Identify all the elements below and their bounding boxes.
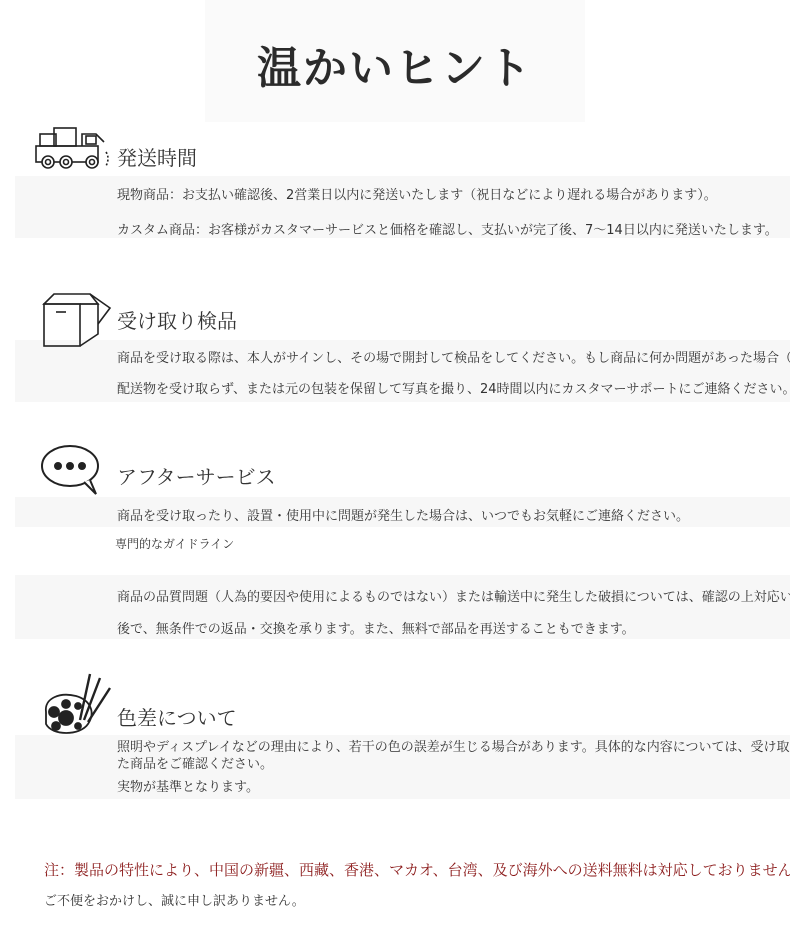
truck-icon [34, 126, 116, 172]
apology-text: ご不便をおかけし、誠に申し訳ありません。 [44, 890, 305, 909]
inspection-line-2: 配送物を受け取らず、または元の包装を保留して写真を撮り、24時間以内にカスタマー… [117, 378, 790, 397]
section-heading-inspection: 受け取り検品 [117, 305, 237, 334]
section-heading-color: 色差について [117, 702, 237, 731]
palette-icon [40, 668, 116, 740]
guideline-line-2: 後で、無条件での返品・交換を承ります。また、無料で部品を再送することもできます。 [117, 618, 635, 637]
page-title: 温かいヒント [0, 32, 790, 96]
color-line-3: 実物が基準となります。 [117, 776, 259, 795]
section-heading-shipping: 発送時間 [117, 142, 197, 171]
color-line-2: た商品をご確認ください。 [117, 753, 273, 772]
shipping-line-2: カスタム商品：お客様がカスタマーサービスと価格を確認し、支払いが完了後、7〜14… [117, 219, 778, 238]
inspection-line-1: 商品を受け取る際は、本人がサインし、その場で開封して検品をしてください。もし商品… [117, 347, 790, 366]
aftersales-subheading: 専門的なガイドライン [115, 535, 234, 552]
speech-bubble-icon [40, 444, 102, 496]
guideline-line-1: 商品の品質問題（人為的要因や使用によるものではない）または輸送中に発生した破損に… [117, 586, 790, 605]
box-icon [40, 290, 112, 350]
aftersales-line-1: 商品を受け取ったり、設置・使用中に問題が発生した場合は、いつでもお気軽にご連絡く… [117, 505, 689, 524]
section-heading-aftersales: アフターサービス [117, 461, 276, 490]
shipping-restriction-note: 注：製品の特性により、中国の新疆、西藏、香港、マカオ、台湾、及び海外への送料無料… [44, 859, 790, 880]
shipping-line-1: 現物商品：お支払い確認後、2営業日以内に発送いたします（祝日などにより遅れる場合… [117, 184, 717, 203]
